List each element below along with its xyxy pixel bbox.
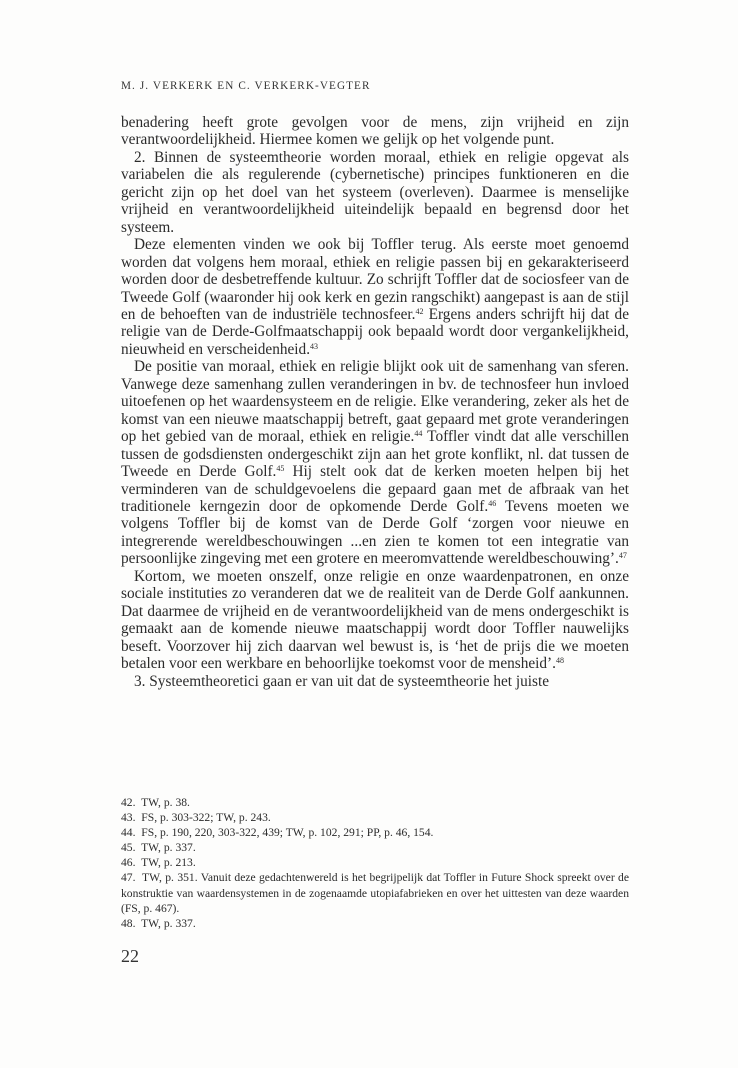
running-head: M. J. VERKERK EN C. VERKERK-VEGTER [121, 80, 371, 92]
footnote-text: TW, p. 337. [141, 841, 196, 854]
footnote-number: 45. [121, 841, 136, 854]
footnote: 44. FS, p. 190, 220, 303-322, 439; TW, p… [121, 825, 629, 840]
paragraph: Deze elementen vinden we ook bij Toffler… [121, 236, 629, 358]
paragraph: De positie van moraal, ethiek en religie… [121, 358, 629, 567]
footnote-text: TW, p. 38. [141, 796, 190, 809]
footnote-number: 43. [121, 811, 136, 824]
footnote-text: TW, p. 351. Vanuit deze gedachtenwereld … [121, 871, 629, 914]
footnote: 46. TW, p. 213. [121, 855, 629, 870]
footnote-text: FS, p. 190, 220, 303-322, 439; TW, p. 10… [141, 826, 433, 839]
footnote-ref[interactable]: 47 [619, 551, 627, 560]
paragraph: Kortom, we moeten onszelf, onze religie … [121, 568, 629, 673]
footnote-number: 46. [121, 856, 136, 869]
footnote-ref[interactable]: 48 [556, 656, 564, 665]
text-segment: Kortom, we moeten onszelf, onze religie … [121, 568, 629, 672]
footnote: 42. TW, p. 38. [121, 795, 629, 810]
paragraph: 2. Binnen de systeemtheorie worden moraa… [121, 149, 629, 236]
paragraph: 3. Systeemtheoretici gaan er van uit dat… [121, 673, 629, 690]
footnote: 43. FS, p. 303-322; TW, p. 243. [121, 810, 629, 825]
footnote-ref[interactable]: 43 [310, 342, 318, 351]
footnote-text: FS, p. 303-322; TW, p. 243. [141, 811, 270, 824]
footnote: 47. TW, p. 351. Vanuit deze gedachtenwer… [121, 870, 629, 915]
page-number: 22 [121, 946, 139, 967]
footnote-number: 44. [121, 826, 136, 839]
paragraph: benadering heeft grote gevolgen voor de … [121, 114, 629, 149]
footnote-text: TW, p. 337. [141, 917, 196, 930]
body-text: benadering heeft grote gevolgen voor de … [121, 114, 629, 690]
footnote: 48. TW, p. 337. [121, 916, 629, 931]
footnote-number: 42. [121, 796, 136, 809]
footnote-number: 47. [121, 871, 136, 884]
footnotes: 42. TW, p. 38. 43. FS, p. 303-322; TW, p… [121, 795, 629, 931]
footnote-ref[interactable]: 42 [416, 307, 424, 316]
footnote-text: TW, p. 213. [141, 856, 196, 869]
footnote-number: 48. [121, 917, 136, 930]
footnote: 45. TW, p. 337. [121, 840, 629, 855]
